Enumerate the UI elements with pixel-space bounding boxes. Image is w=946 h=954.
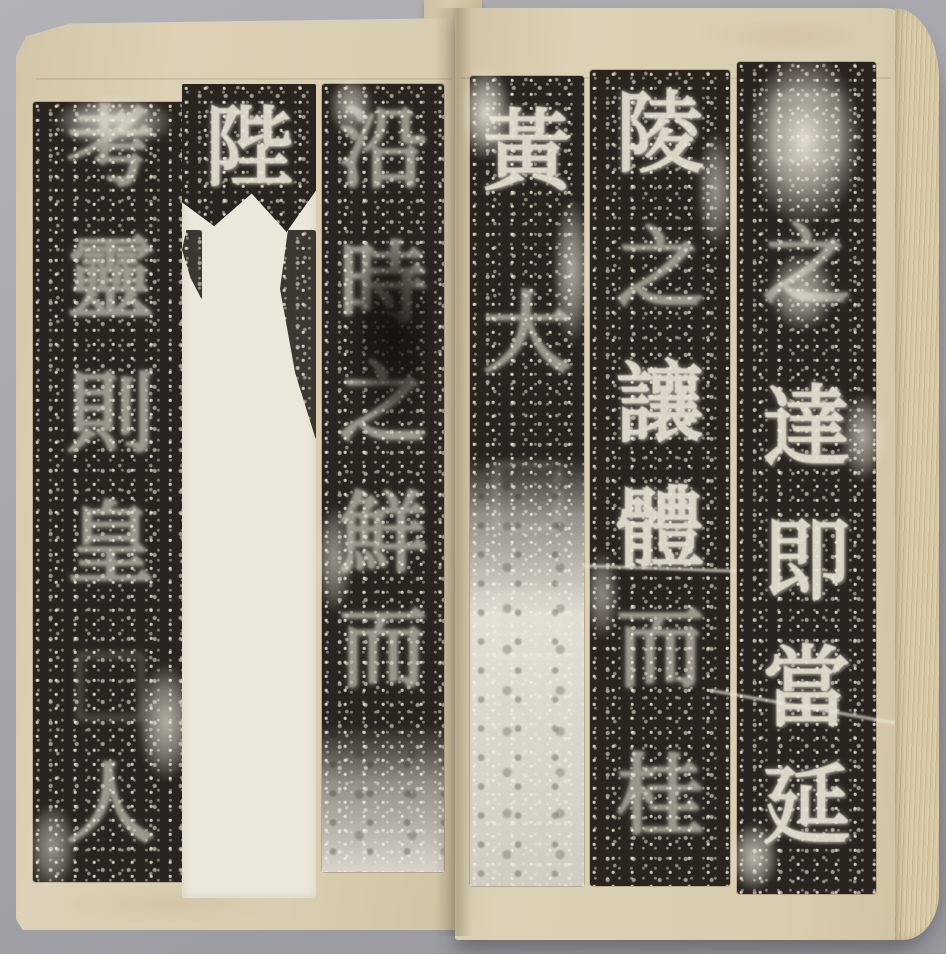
rubbing-column-right-outer: □ 之 達 即 當 延 bbox=[737, 62, 876, 894]
rubbing-character: 當 bbox=[762, 644, 850, 732]
rubbing-character: 皇 bbox=[66, 500, 154, 588]
page-fold-line bbox=[36, 78, 452, 80]
erosion-patch bbox=[27, 802, 77, 892]
right-page: 黃 大 □ □ 陵 之 讓 體 而 桂 □ 之 達 即 bbox=[455, 8, 939, 940]
rubbing-character: 之 bbox=[616, 225, 704, 313]
erosion-speckle bbox=[322, 724, 444, 872]
rubbing-column-left-middle-torn: 陛 bbox=[182, 84, 316, 898]
rubbing-character: 而 bbox=[616, 605, 704, 693]
erosion-patch bbox=[696, 130, 736, 250]
rubbing-character: 讓 bbox=[616, 360, 704, 448]
erosion-patch bbox=[322, 724, 444, 872]
erosion-patch bbox=[584, 550, 620, 640]
rubbing-character: 體 bbox=[616, 485, 704, 573]
rubbing-column-left-inner: 沿 時 之 鮮 而 bbox=[322, 84, 444, 872]
erosion-speckle bbox=[470, 456, 584, 886]
rubbing-character: 則 bbox=[66, 370, 154, 458]
rubbing-character: 靈 bbox=[66, 235, 154, 323]
rubbing-fragment-side bbox=[280, 230, 316, 440]
erosion-patch bbox=[552, 196, 592, 346]
rubbing-character: 桂 bbox=[616, 752, 704, 840]
rubbing-column-right-middle: 陵 之 讓 體 而 桂 bbox=[590, 70, 730, 886]
erosion-patch bbox=[767, 252, 837, 332]
left-page: 考 靈 則 皇 □ 人 陛 沿 時 之 鮮 而 bbox=[16, 18, 462, 930]
rubbing-fragment-top: 陛 bbox=[182, 84, 316, 232]
photo-backdrop: 考 靈 則 皇 □ 人 陛 沿 時 之 鮮 而 bbox=[0, 0, 946, 954]
rubbing-character: 陛 bbox=[205, 104, 293, 192]
rubbing-fragment-side bbox=[182, 230, 202, 300]
erosion-patch bbox=[458, 66, 513, 161]
rubbing-column-left-outer: 考 靈 則 皇 □ 人 bbox=[33, 102, 188, 882]
book-fore-edge bbox=[895, 8, 939, 940]
rubbing-character: 即 bbox=[762, 517, 850, 605]
rubbing-character: 達 bbox=[762, 384, 850, 472]
rubbing-character: 陵 bbox=[616, 90, 704, 178]
erosion-patch bbox=[328, 76, 374, 136]
paper-stain bbox=[699, 18, 879, 54]
erosion-patch bbox=[729, 822, 779, 892]
erosion-patch bbox=[745, 52, 863, 227]
erosion-patch bbox=[840, 392, 886, 482]
rubbing-character: 人 bbox=[66, 760, 154, 848]
rubbing-character: 而 bbox=[339, 605, 427, 693]
rubbing-column-right-inner: 黃 大 □ □ bbox=[470, 76, 584, 886]
erosion-patch bbox=[314, 504, 354, 614]
erosion-patch bbox=[470, 456, 584, 886]
